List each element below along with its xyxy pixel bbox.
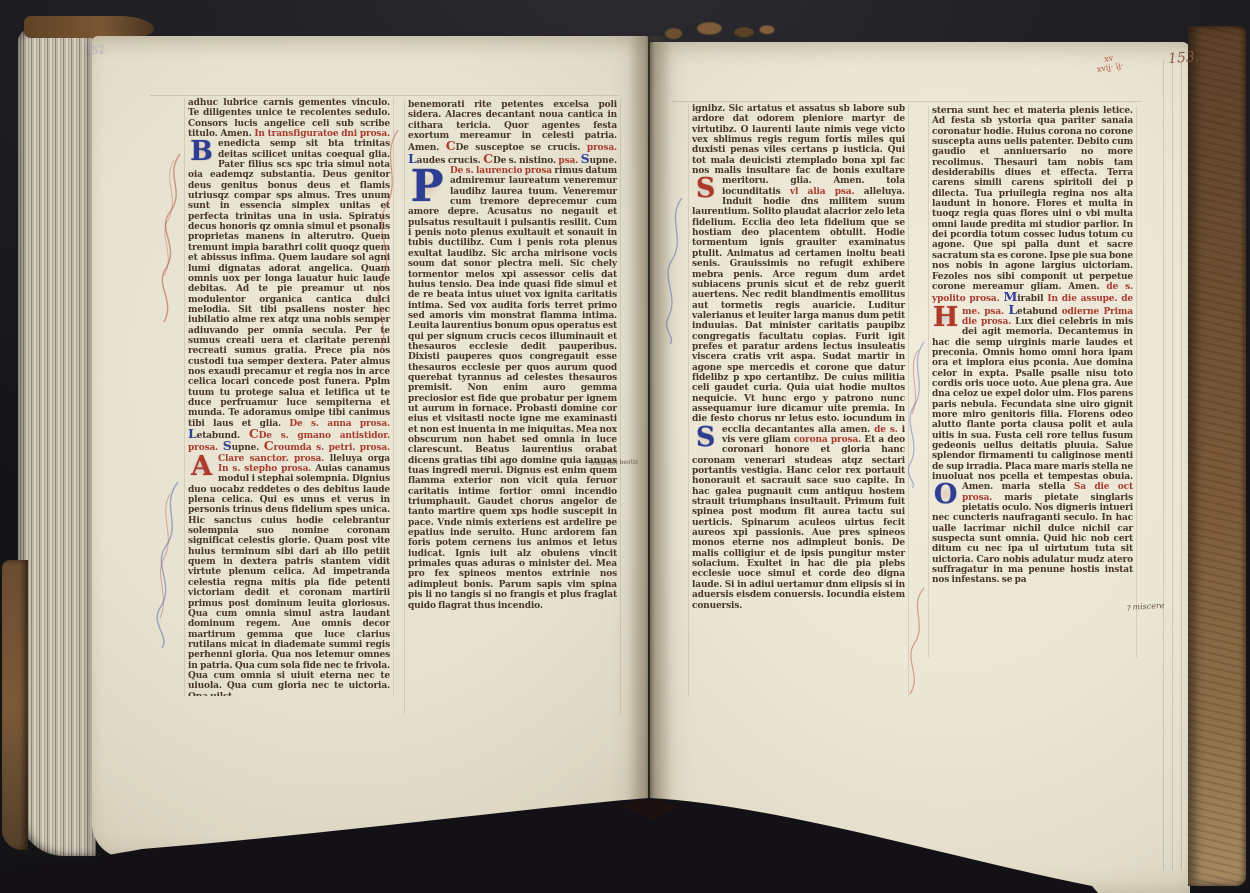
body-text: audes crucis. [417, 156, 483, 166]
rubric-text: prosa. [587, 143, 620, 153]
rubric-text: de s. [874, 425, 902, 435]
body-text: maria stella [1002, 482, 1074, 492]
gutter-shadow [628, 36, 672, 826]
body-text: etabund [1017, 307, 1062, 317]
illuminated-initial: A [188, 455, 215, 478]
lombard-capital: L [188, 426, 197, 441]
lombard-capital: L [408, 151, 417, 166]
body-text: lleluya orga [330, 454, 393, 464]
folio-number: 153. [1167, 49, 1199, 67]
body-text: alleluya. Induit hodie dns militem suum … [692, 187, 907, 435]
body-text: De s. nistino. [493, 156, 558, 166]
text-column-left-2: benemorati rite petentes excelsa poli si… [404, 100, 621, 714]
rubric-text: Clare sanctor. prosa. [218, 454, 330, 464]
body-text: rimus datum admiremur laureatum veneremu… [408, 166, 619, 610]
rubric-text: In s. stepho prosa. [218, 464, 315, 474]
body-text: Auias canamus modul i stephai solempnia.… [188, 464, 392, 696]
ruling-line [672, 101, 1142, 102]
lombard-capital: S [581, 151, 590, 166]
body-text: Lux diei celebris in mis dei agit memori… [932, 317, 1135, 493]
lombard-capital: C [446, 138, 456, 153]
illuminated-initial: O [932, 483, 959, 506]
body-text: sterna sunt hec et materia plenis letice… [932, 106, 1135, 292]
rubric-text: De s. laurencio prosa [450, 166, 554, 176]
rubric-text: vl alia psa. [790, 187, 864, 197]
damaged-headband [648, 18, 776, 44]
manuscript-photo: adhuc lubrice carnis gementes vinculo. T… [0, 0, 1250, 893]
right-binding-leather [1188, 26, 1246, 886]
body-text: upne. [590, 156, 620, 166]
rubric-text: psa. [558, 156, 580, 166]
rubric-text: roumda s. petri. prosa. [274, 443, 393, 453]
lombard-capital: S [223, 438, 232, 453]
rubric-text: De s. anna [289, 419, 359, 429]
page-edge-stack [18, 28, 96, 856]
body-text: enedicta semp sit bta trinitas deitas sc… [188, 139, 392, 428]
lombard-capital: C [264, 438, 274, 453]
lombard-capital: C [249, 426, 259, 441]
body-text: De susceptoe se crucis. [456, 143, 587, 153]
showthrough-folio-number: 152 [83, 43, 105, 58]
left-binding-leather [2, 560, 28, 850]
rubric-text: corona prosa. [794, 435, 865, 445]
right-fore-edge [1158, 60, 1190, 870]
illuminated-initial: H [932, 306, 959, 329]
body-text: maris pietate singlaris pietatis oculo. … [932, 493, 1135, 586]
lombard-capital: C [483, 151, 493, 166]
rubric-text: prosa. [360, 419, 393, 429]
lombard-capital: L [1008, 302, 1017, 317]
body-text: Et a deo coronari honore et gloria hanc … [692, 435, 907, 611]
illuminated-initial: S [692, 177, 719, 200]
illuminated-initial: S [692, 426, 719, 449]
rubric-text: In transfiguratoe dni prosa. [254, 129, 392, 139]
ruling-line [150, 95, 620, 96]
body-text: ignibz. Sic artatus et assatus sb labore… [692, 104, 907, 186]
text-column-left-1: adhuc lubrice carnis gementes vinculo. T… [184, 98, 394, 696]
top-left-leather-corner [24, 16, 154, 38]
text-column-right-2: sterna sunt hec et materia plenis letice… [928, 106, 1137, 658]
body-text: irabil [1017, 294, 1047, 304]
body-text: upne. [232, 443, 264, 453]
rubric-text: odierne [1062, 307, 1104, 317]
text-column-right-1: ignibz. Sic artatus et assatus sb labore… [688, 104, 909, 696]
illuminated-initial: P [408, 168, 446, 205]
illuminated-initial: B [188, 140, 215, 163]
